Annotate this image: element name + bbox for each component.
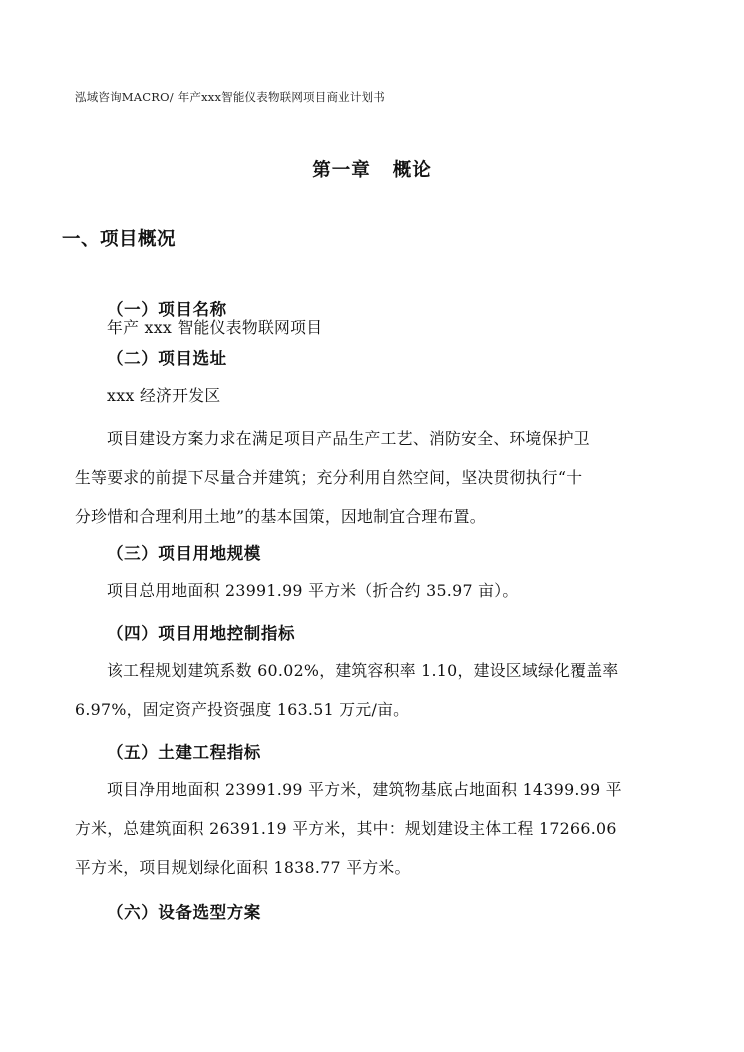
document-header: 泓域咨询MACRO/ 年产xxx智能仪表物联网项目商业计划书 (75, 89, 385, 105)
paragraph-line: 该工程规划建筑系数 60.02%，建筑容积率 1.10，建设区域绿化覆盖率 (75, 651, 675, 690)
subsection-heading-project-site: （二）项目选址 (107, 345, 227, 369)
paragraph-line: 分珍惜和合理利用土地”的基本国策，因地制宜合理布置。 (75, 497, 675, 536)
paragraph-line: 6.97%，固定资产投资强度 163.51 万元/亩。 (75, 690, 675, 729)
project-site-line: xxx 经济开发区 (107, 376, 707, 415)
section-heading: 一、项目概况 (62, 225, 176, 251)
chapter-number: 第一章 (312, 160, 371, 181)
project-name-line: 年产 xxx 智能仪表物联网项目 (107, 308, 707, 347)
subsection-heading-civil-engineering: （五）土建工程指标 (107, 739, 261, 763)
subsection-heading-land-control: （四）项目用地控制指标 (107, 620, 295, 644)
land-scale-paragraph: 项目总用地面积 23991.99 平方米（折合约 35.97 亩）。 (107, 571, 707, 610)
subsection-heading-equipment: （六）设备选型方案 (107, 899, 261, 923)
project-name-text: 年产 xxx 智能仪表物联网项目 (107, 300, 707, 347)
paragraph-line: 方米，总建筑面积 26391.19 平方米，其中：规划建设主体工程 17266.… (75, 809, 675, 848)
paragraph-line: 生等要求的前提下尽量合并建筑；充分利用自然空间，坚决贯彻执行“十 (75, 458, 675, 497)
project-site-text: xxx 经济开发区 (107, 376, 707, 415)
paragraph-line: 项目净用地面积 23991.99 平方米，建筑物基底占地面积 14399.99 … (75, 770, 675, 809)
site-plan-paragraph: 项目建设方案力求在满足项目产品生产工艺、消防安全、环境保护卫 生等要求的前提下尽… (75, 419, 675, 536)
paragraph-line: 项目建设方案力求在满足项目产品生产工艺、消防安全、环境保护卫 (75, 419, 675, 458)
chapter-title: 第一章概论 (0, 156, 744, 182)
paragraph-line: 项目总用地面积 23991.99 平方米（折合约 35.97 亩）。 (107, 571, 707, 610)
civil-engineering-paragraph: 项目净用地面积 23991.99 平方米，建筑物基底占地面积 14399.99 … (75, 770, 675, 887)
subsection-heading-land-scale: （三）项目用地规模 (107, 540, 261, 564)
paragraph-line: 平方米，项目规划绿化面积 1838.77 平方米。 (75, 848, 675, 887)
land-control-paragraph: 该工程规划建筑系数 60.02%，建筑容积率 1.10，建设区域绿化覆盖率 6.… (75, 651, 675, 729)
chapter-name: 概论 (393, 160, 432, 181)
